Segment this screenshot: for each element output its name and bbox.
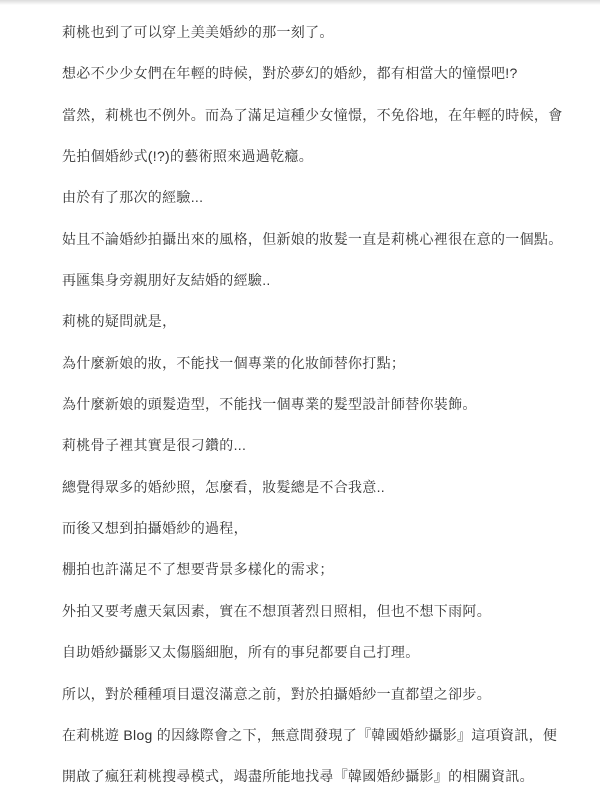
- paragraph-line: 開啟了瘋狂莉桃搜尋模式，竭盡所能地找尋『韓國婚紗攝影』的相關資訊。: [62, 756, 600, 797]
- page-top-shadow: [0, 0, 600, 5]
- paragraph-line: 莉桃也到了可以穿上美美婚紗的那一刻了。: [62, 12, 600, 53]
- paragraph-line: 總覺得眾多的婚紗照，怎麼看，妝髮總是不合我意..: [62, 467, 600, 508]
- paragraph-line: 自助婚紗攝影又太傷腦細胞，所有的事兒都要自己打理。: [62, 632, 600, 673]
- paragraph-line: 想必不少少女們在年輕的時候，對於夢幻的婚紗，都有相當大的憧憬吧!?: [62, 53, 600, 94]
- paragraph-line: 由於有了那次的經驗...: [62, 177, 600, 218]
- paragraph-line: 姑且不論婚紗拍攝出來的風格，但新娘的妝髮一直是莉桃心裡很在意的一個點。: [62, 219, 600, 260]
- paragraph-line: 所以，對於種種項目還沒滿意之前，對於拍攝婚紗一直都望之卻步。: [62, 674, 600, 715]
- paragraph-line: 為什麼新娘的妝，不能找一個專業的化妝師替你打點；: [62, 343, 600, 384]
- article-text-body: 莉桃也到了可以穿上美美婚紗的那一刻了。想必不少少女們在年輕的時候，對於夢幻的婚紗…: [62, 12, 600, 798]
- paragraph-line: 莉桃的疑問就是，: [62, 301, 600, 342]
- paragraph-line: 為什麼新娘的頭髮造型，不能找一個專業的髮型設計師替你裝飾。: [62, 384, 600, 425]
- paragraph-line: 外拍又要考慮天氣因素，實在不想頂著烈日照相，但也不想下雨阿。: [62, 591, 600, 632]
- paragraph-line: 棚拍也許滿足不了想要背景多樣化的需求；: [62, 549, 600, 590]
- paragraph-line: 當然，莉桃也不例外。而為了滿足這種少女憧憬，不免俗地，在年輕的時候，會: [62, 95, 600, 136]
- paragraph-line: 再匯集身旁親朋好友結婚的經驗..: [62, 260, 600, 301]
- paragraph-line: 而後又想到拍攝婚紗的過程，: [62, 508, 600, 549]
- paragraph-line: 先拍個婚紗式(!?)的藝術照來過過乾癮。: [62, 136, 600, 177]
- paragraph-line: 莉桃骨子裡其實是很刁鑽的...: [62, 425, 600, 466]
- blog-article-page: 莉桃也到了可以穿上美美婚紗的那一刻了。想必不少少女們在年輕的時候，對於夢幻的婚紗…: [0, 0, 600, 800]
- paragraph-line: 在莉桃遊 Blog 的因緣際會之下，無意間發現了『韓國婚紗攝影』這項資訊，便: [62, 715, 600, 756]
